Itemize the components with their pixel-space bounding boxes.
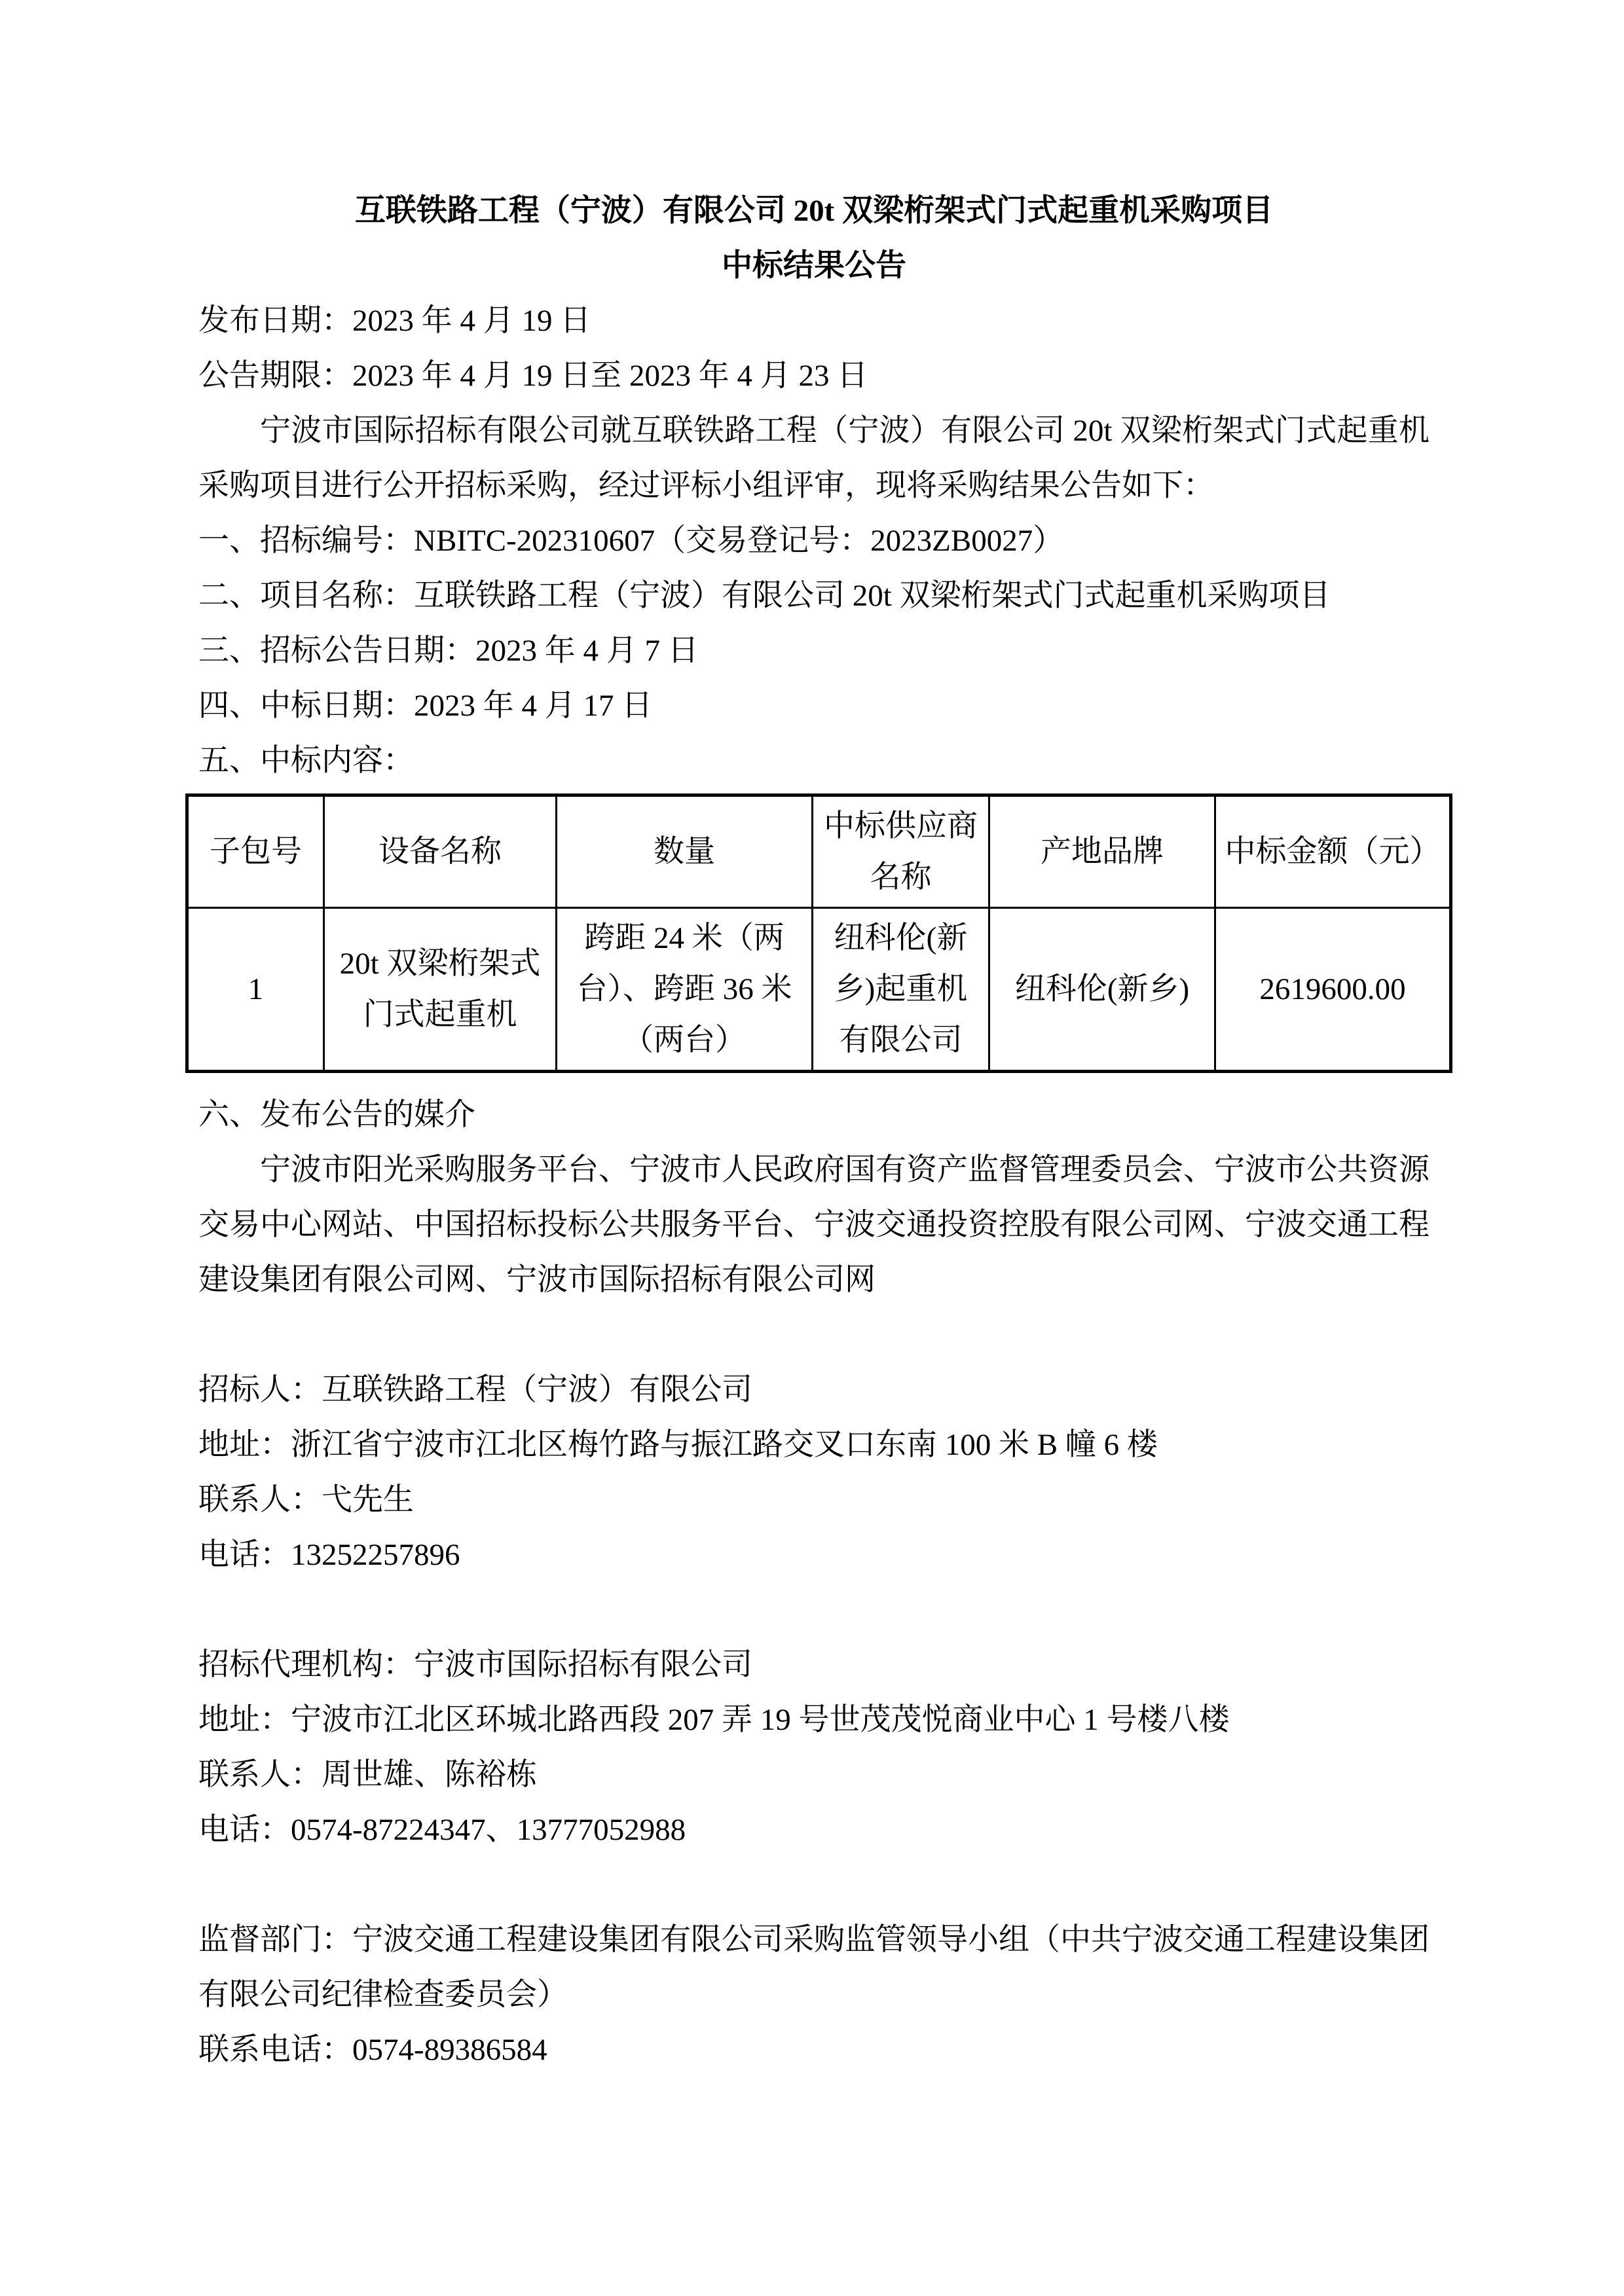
table-header-row: 子包号 设备名称 数量 中标供应商名称 产地品牌 中标金额（元） — [187, 795, 1451, 908]
agency-phone-line: 电话：0574-87224347、13777052988 — [198, 1802, 1430, 1857]
col-header-equipment: 设备名称 — [324, 795, 557, 908]
notice-period-line: 公告期限：2023 年 4 月 19 日至 2023 年 4 月 23 日 — [198, 348, 1430, 403]
cell-subpackage: 1 — [187, 908, 324, 1072]
cell-origin-brand: 纽科伦(新乡) — [989, 908, 1215, 1072]
item-tender-announce-date: 三、招标公告日期：2023 年 4 月 7 日 — [198, 623, 1430, 678]
blank-line — [198, 1307, 1430, 1362]
intro-paragraph: 宁波市国际招标有限公司就互联铁路工程（宁波）有限公司 20t 双梁桁架式门式起重… — [198, 403, 1430, 513]
col-header-supplier: 中标供应商名称 — [813, 795, 989, 908]
tenderer-name-line: 招标人：互联铁路工程（宁波）有限公司 — [198, 1362, 1430, 1417]
supervision-phone-line: 联系电话：0574-89386584 — [198, 2022, 1430, 2077]
agency-contact-line: 联系人：周世雄、陈裕栋 — [198, 1747, 1430, 1802]
agency-name-line: 招标代理机构：宁波市国际招标有限公司 — [198, 1637, 1430, 1692]
cell-supplier: 纽科伦(新乡)起重机有限公司 — [813, 908, 989, 1072]
blank-line — [198, 1582, 1430, 1637]
col-header-quantity: 数量 — [557, 795, 813, 908]
col-header-subpackage: 子包号 — [187, 795, 324, 908]
document-title: 互联铁路工程（宁波）有限公司 20t 双梁桁架式门式起重机采购项目 — [198, 183, 1430, 238]
section6-heading: 六、发布公告的媒介 — [198, 1087, 1430, 1142]
award-result-table: 子包号 设备名称 数量 中标供应商名称 产地品牌 中标金额（元） 1 20t 双… — [185, 793, 1452, 1073]
tenderer-phone-line: 电话：13252257896 — [198, 1527, 1430, 1582]
item-award-content-heading: 五、中标内容： — [198, 733, 1430, 788]
tenderer-contact-line: 联系人：弋先生 — [198, 1472, 1430, 1527]
col-header-award-amount: 中标金额（元） — [1215, 795, 1451, 908]
item-award-date: 四、中标日期：2023 年 4 月 17 日 — [198, 678, 1430, 733]
supervision-dept-paragraph: 监督部门：宁波交通工程建设集团有限公司采购监管领导小组（中共宁波交通工程建设集团… — [198, 1912, 1430, 2022]
tenderer-address-line: 地址：浙江省宁波市江北区梅竹路与振江路交叉口东南 100 米 B 幢 6 楼 — [198, 1417, 1430, 1472]
blank-line — [198, 1857, 1430, 1912]
cell-award-amount: 2619600.00 — [1215, 908, 1451, 1072]
agency-address-line: 地址：宁波市江北区环城北路西段 207 弄 19 号世茂茂悦商业中心 1 号楼八… — [198, 1692, 1430, 1747]
col-header-origin-brand: 产地品牌 — [989, 795, 1215, 908]
table-row: 1 20t 双梁桁架式门式起重机 跨距 24 米（两台）、跨距 36 米（两台）… — [187, 908, 1451, 1072]
item-tender-number: 一、招标编号：NBITC-202310607（交易登记号：2023ZB0027） — [198, 513, 1430, 568]
item-project-name: 二、项目名称：互联铁路工程（宁波）有限公司 20t 双梁桁架式门式起重机采购项目 — [198, 568, 1430, 623]
media-paragraph: 宁波市阳光采购服务平台、宁波市人民政府国有资产监督管理委员会、宁波市公共资源交易… — [198, 1142, 1430, 1307]
document-subtitle: 中标结果公告 — [198, 238, 1430, 293]
cell-equipment: 20t 双梁桁架式门式起重机 — [324, 908, 557, 1072]
announcement-document: 互联铁路工程（宁波）有限公司 20t 双梁桁架式门式起重机采购项目 中标结果公告… — [0, 0, 1624, 2296]
publish-date-line: 发布日期：2023 年 4 月 19 日 — [198, 293, 1430, 348]
cell-quantity: 跨距 24 米（两台）、跨距 36 米（两台） — [557, 908, 813, 1072]
